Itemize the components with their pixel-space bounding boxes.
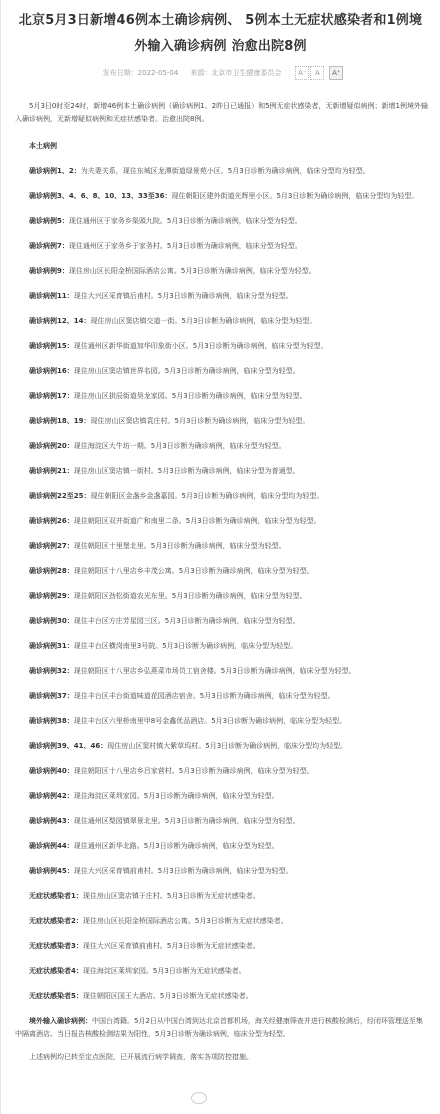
case-label: 确诊病例38： (29, 717, 74, 725)
case-item: 确诊病例38：现住丰台区六里桥南里甲8号金鑫优品酒店。5月3日诊断为确诊病例，临… (15, 715, 428, 728)
footer-paragraph: 上述病例均已转至定点医院，已开展流行病学调查，落实各项防控措施。 (15, 1051, 428, 1064)
case-label: 确诊病例40： (29, 767, 74, 775)
case-item: 无症状感染者1：现住房山区窦店镇于庄村。5月3日诊断为无症状感染者。 (15, 890, 428, 903)
article-title: 北京5月3日新增46例本土确诊病例、 5例本土无症状感染者和1例境外输入确诊病例… (1, 0, 440, 60)
case-label: 确诊病例43： (29, 817, 74, 825)
case-item: 确诊病例5：现住通州区于家务乡渠頭九院。5月3日诊断为确诊病例，临床分型为轻型。 (15, 215, 428, 228)
case-text: 现住房山区窦店镇交道一街。5月3日诊断为确诊病例，临床分型为轻型。 (90, 317, 316, 325)
case-text: 现住房山区窦村镇大紫草坞村。5月3日诊断为确诊病例，临床分型均为轻型。 (107, 742, 347, 750)
case-label: 确诊病例5： (29, 217, 69, 225)
case-label: 确诊病例17： (29, 392, 74, 400)
article-page: 北京5月3日新增46例本土确诊病例、 5例本土无症状感染者和1例境外输入确诊病例… (0, 0, 440, 1114)
case-item: 无症状感染者4：现住海淀区莱圳家园。5月3日诊断为无症状感染者。 (15, 965, 428, 978)
case-text: 为夫妻关系，现住东城区龙潭街道绿景苑小区。5月3日诊断为确诊病例，临床分型均为轻… (81, 167, 370, 175)
case-item: 确诊病例17：现住房山区拱辰街道昊龙家园。5月3日诊断为确诊病例，临床分型为轻型… (15, 390, 428, 403)
case-text: 现住大兴区采育镇后甫村。5月3日诊断为确诊病例，临床分型为轻型。 (74, 292, 293, 300)
case-text: 现住房山区拱辰街道昊龙家园。5月3日诊断为确诊病例，临床分型为轻型。 (74, 392, 307, 400)
case-label: 无症状感染者3： (29, 942, 83, 950)
case-label: 确诊病例9： (29, 267, 69, 275)
case-text: 现住丰台区方庄芳星园三区。5月3日诊断为确诊病例，临床分型为轻型。 (74, 617, 300, 625)
case-text: 现住朝阳区国王大酒店。5月3日诊断为无症状感染者。 (83, 992, 253, 1000)
font-size-controls: A⁻ A A⁺ (295, 66, 344, 80)
case-item: 确诊病例22至25：现住朝阳区金盏乡金盏嘉园。5月3日诊断为确诊病例，临床分型均… (15, 490, 428, 503)
case-item: 确诊病例18、19：现住房山区窦店镇袁庄村。5月3日诊断为确诊病例，临床分型为轻… (15, 415, 428, 428)
case-label: 无症状感染者4： (29, 967, 83, 975)
case-label: 确诊病例21： (29, 467, 74, 475)
case-item: 确诊病例45：现住大兴区采育镇前甫村。5月3日诊断为确诊病例，临床分型为轻型。 (15, 865, 428, 878)
case-label: 确诊病例39、41、46： (29, 742, 107, 750)
case-text: 现住朝阳区十八里店乡吕家营村。5月3日诊断为确诊病例，临床分型为轻型。 (74, 767, 314, 775)
case-label: 确诊病例26： (29, 517, 74, 525)
case-item: 确诊病例3、4、6、8、10、13、33至36：现住朝阳区建外街道光辉里小区。5… (15, 190, 428, 203)
case-item: 确诊病例44：现住通州区新华北路。5月3日诊断为确诊病例，临床分型为轻型。 (15, 840, 428, 853)
case-label: 确诊病例27： (29, 542, 74, 550)
case-item: 确诊病例31：现住丰台区横岗南里3号院。5月3日诊断为确诊病例，临床分型为轻型。 (15, 640, 428, 653)
article-body: 5月3日0时至24时，新增46例本土确诊病例（确诊病例1、2昨日已通报）和5例无… (1, 100, 440, 1064)
intro-paragraph: 5月3日0时至24时，新增46例本土确诊病例（确诊病例1、2昨日已通报）和5例无… (15, 100, 428, 126)
case-label: 确诊病例22至25： (29, 492, 90, 500)
case-item: 确诊病例29：现住朝阳区劲松街道农光东里。5月3日诊断为确诊病例，临床分型为轻型… (15, 590, 428, 603)
case-label: 确诊病例29： (29, 592, 74, 600)
case-text: 现住房山区窦店镇于庄村。5月3日诊断为无症状感染者。 (83, 892, 260, 900)
case-label: 确诊病例28： (29, 567, 74, 575)
case-label: 确诊病例45： (29, 867, 74, 875)
case-item: 确诊病例39、41、46：现住房山区窦村镇大紫草坞村。5月3日诊断为确诊病例，临… (15, 740, 428, 753)
case-item: 确诊病例11：现住大兴区采育镇后甫村。5月3日诊断为确诊病例，临床分型为轻型。 (15, 290, 428, 303)
case-text: 现住海淀区莱圳家园。5月3日诊断为无症状感染者。 (83, 967, 246, 975)
case-label: 境外输入确诊病例： (29, 1017, 92, 1025)
case-item: 确诊病例27：现住朝阳区十里堡北里。5月3日诊断为确诊病例，临床分型为轻型。 (15, 540, 428, 553)
case-text: 现住丰台区横岗南里3号院。5月3日诊断为确诊病例，临床分型为轻型。 (74, 642, 297, 650)
case-text: 现住房山区长阳金桥国际酒店公寓。5月3日诊断为确诊病例，临床分型为轻型。 (69, 267, 316, 275)
case-text: 现住朝阳区十八里店乡丰茂公寓。5月3日诊断为确诊病例，临床分型为轻型。 (74, 567, 314, 575)
case-text: 现住朝阳区劲松街道农光东里。5月3日诊断为确诊病例，临床分型为轻型。 (74, 592, 307, 600)
case-text: 现住朝阳区建外街道光辉里小区。5月3日诊断为确诊病例，临床分型均为轻型。 (171, 192, 418, 200)
case-text: 现住朝阳区十里堡北里。5月3日诊断为确诊病例，临床分型为轻型。 (74, 542, 286, 550)
case-label: 无症状感染者1： (29, 892, 83, 900)
case-item: 确诊病例43：现住通州区梨园镇翠景北里。5月3日诊断为确诊病例，临床分型为轻型。 (15, 815, 428, 828)
case-item: 确诊病例7：现住通州区于家务乡于家务村。5月3日诊断为确诊病例，临床分型为轻型。 (15, 240, 428, 253)
case-label: 确诊病例32： (29, 667, 74, 675)
case-label: 确诊病例7： (29, 242, 69, 250)
case-text: 现住通州区于家务乡于家务村。5月3日诊断为确诊病例，临床分型为轻型。 (69, 242, 302, 250)
publish-date: 发布日期：2022-05-04 (103, 68, 179, 78)
case-text: 现住房山区长阳金桥国际酒店公寓。5月3日诊断为无症状感染者。 (83, 917, 288, 925)
watermark-icon (191, 1092, 207, 1104)
case-label: 无症状感染者2： (29, 917, 83, 925)
case-label: 确诊病例44： (29, 842, 74, 850)
case-item: 确诊病例12、14：现住房山区窦店镇交道一街。5月3日诊断为确诊病例，临床分型为… (15, 315, 428, 328)
case-text: 现住通州区新华北路。5月3日诊断为确诊病例，临床分型为轻型。 (74, 842, 279, 850)
case-item: 境外输入确诊病例：中国台湾籍。5月2日从中国台湾到达北京首都机场，海关经健康筛查… (15, 1015, 428, 1041)
case-item: 确诊病例40：现住朝阳区十八里店乡吕家营村。5月3日诊断为确诊病例，临床分型为轻… (15, 765, 428, 778)
case-text: 现住大兴区采育镇前甫村。5月3日诊断为确诊病例，临床分型为轻型。 (74, 867, 293, 875)
case-text: 现住房山区窦店镇袁庄村。5月3日诊断为确诊病例，临床分型为轻型。 (90, 417, 309, 425)
case-item: 确诊病例28：现住朝阳区十八里店乡丰茂公寓。5月3日诊断为确诊病例，临床分型为轻… (15, 565, 428, 578)
case-item: 确诊病例21：现住房山区窦店镇一街村。5月3日诊断为确诊病例，临床分型为普通型。 (15, 465, 428, 478)
source: 来源：北京市卫生健康委员会 (190, 68, 281, 78)
case-item: 确诊病例1、2：为夫妻关系，现住东城区龙潭街道绿景苑小区。5月3日诊断为确诊病例… (15, 165, 428, 178)
case-item: 无症状感染者5：现住朝阳区国王大酒店。5月3日诊断为无症状感染者。 (15, 990, 428, 1003)
font-default-button[interactable]: A (310, 66, 324, 80)
case-label: 确诊病例15： (29, 342, 74, 350)
case-label: 确诊病例3、4、6、8、10、13、33至36： (29, 192, 171, 200)
case-text: 现住丰台区丰台街道味道花园酒店宿舍。5月3日诊断为确诊病例，临床分型为轻型。 (74, 692, 335, 700)
case-item: 确诊病例16：现住房山区窦店镇世界名园。5月3日诊断为确诊病例，临床分型为轻型。 (15, 365, 428, 378)
case-label: 确诊病例16： (29, 367, 74, 375)
case-item: 确诊病例30：现住丰台区方庄芳星园三区。5月3日诊断为确诊病例，临床分型为轻型。 (15, 615, 428, 628)
case-text: 现住通州区新华街道加华印象街小区。5月3日诊断为确诊病例，临床分型为轻型。 (74, 342, 328, 350)
case-item: 确诊病例37：现住丰台区丰台街道味道花园酒店宿舍。5月3日诊断为确诊病例，临床分… (15, 690, 428, 703)
case-label: 确诊病例31： (29, 642, 74, 650)
case-item: 确诊病例32：现住朝阳区十八里店乡弘燕菜市场员工宿舍楼。5月3日诊断为确诊病例，… (15, 665, 428, 678)
case-label: 确诊病例1、2： (29, 167, 81, 175)
case-text: 现住朝阳区双井街道广和南里二条。5月3日诊断为确诊病例，临床分型为轻型。 (74, 517, 321, 525)
case-text: 现住海淀区大牛坊一期。5月3日诊断为确诊病例，临床分型为轻型。 (74, 442, 286, 450)
case-label: 无症状感染者5： (29, 992, 83, 1000)
article-meta: 发布日期：2022-05-04 来源：北京市卫生健康委员会 A⁻ A A⁺ (1, 62, 440, 84)
case-text: 现住通州区梨园镇翠景北里。5月3日诊断为确诊病例，临床分型为轻型。 (74, 817, 300, 825)
case-text: 现住朝阳区金盏乡金盏嘉园。5月3日诊断为确诊病例，临床分型均为轻型。 (90, 492, 323, 500)
case-text: 现住丰台区六里桥南里甲8号金鑫优品酒店。5月3日诊断为确诊病例，临床分型为轻型。 (74, 717, 346, 725)
case-label: 确诊病例20： (29, 442, 74, 450)
case-item: 确诊病例20：现住海淀区大牛坊一期。5月3日诊断为确诊病例，临床分型为轻型。 (15, 440, 428, 453)
case-item: 确诊病例42：现住海淀区莱圳家园。5月3日诊断为确诊病例，临床分型为轻型。 (15, 790, 428, 803)
case-text: 现住房山区窦店镇世界名园。5月3日诊断为确诊病例，临床分型为轻型。 (74, 367, 300, 375)
case-text: 现住大兴区采育镇前甫村。5月3日诊断为无症状感染者。 (83, 942, 260, 950)
font-decrease-button[interactable]: A⁻ (295, 66, 309, 80)
section-heading-local: 本土病例 (15, 140, 428, 153)
case-label: 确诊病例42： (29, 792, 74, 800)
case-label: 确诊病例30： (29, 617, 74, 625)
case-item: 确诊病例9：现住房山区长阳金桥国际酒店公寓。5月3日诊断为确诊病例，临床分型为轻… (15, 265, 428, 278)
case-item: 确诊病例26：现住朝阳区双井街道广和南里二条。5月3日诊断为确诊病例，临床分型为… (15, 515, 428, 528)
case-item: 无症状感染者2：现住房山区长阳金桥国际酒店公寓。5月3日诊断为无症状感染者。 (15, 915, 428, 928)
case-label: 确诊病例37： (29, 692, 74, 700)
case-text: 现住朝阳区十八里店乡弘燕菜市场员工宿舍楼。5月3日诊断为确诊病例，临床分型为轻型… (74, 667, 356, 675)
font-increase-button[interactable]: A⁺ (329, 66, 343, 80)
case-text: 现住通州区于家务乡渠頭九院。5月3日诊断为确诊病例，临床分型为轻型。 (69, 217, 302, 225)
case-text: 现住房山区窦店镇一街村。5月3日诊断为确诊病例，临床分型为普通型。 (74, 467, 300, 475)
case-list: 确诊病例1、2：为夫妻关系，现住东城区龙潭街道绿景苑小区。5月3日诊断为确诊病例… (15, 165, 428, 1041)
case-label: 确诊病例11： (29, 292, 74, 300)
case-text: 现住海淀区莱圳家园。5月3日诊断为确诊病例，临床分型为轻型。 (74, 792, 279, 800)
case-label: 确诊病例12、14： (29, 317, 90, 325)
case-label: 确诊病例18、19： (29, 417, 90, 425)
case-item: 无症状感染者3：现住大兴区采育镇前甫村。5月3日诊断为无症状感染者。 (15, 940, 428, 953)
case-item: 确诊病例15：现住通州区新华街道加华印象街小区。5月3日诊断为确诊病例，临床分型… (15, 340, 428, 353)
